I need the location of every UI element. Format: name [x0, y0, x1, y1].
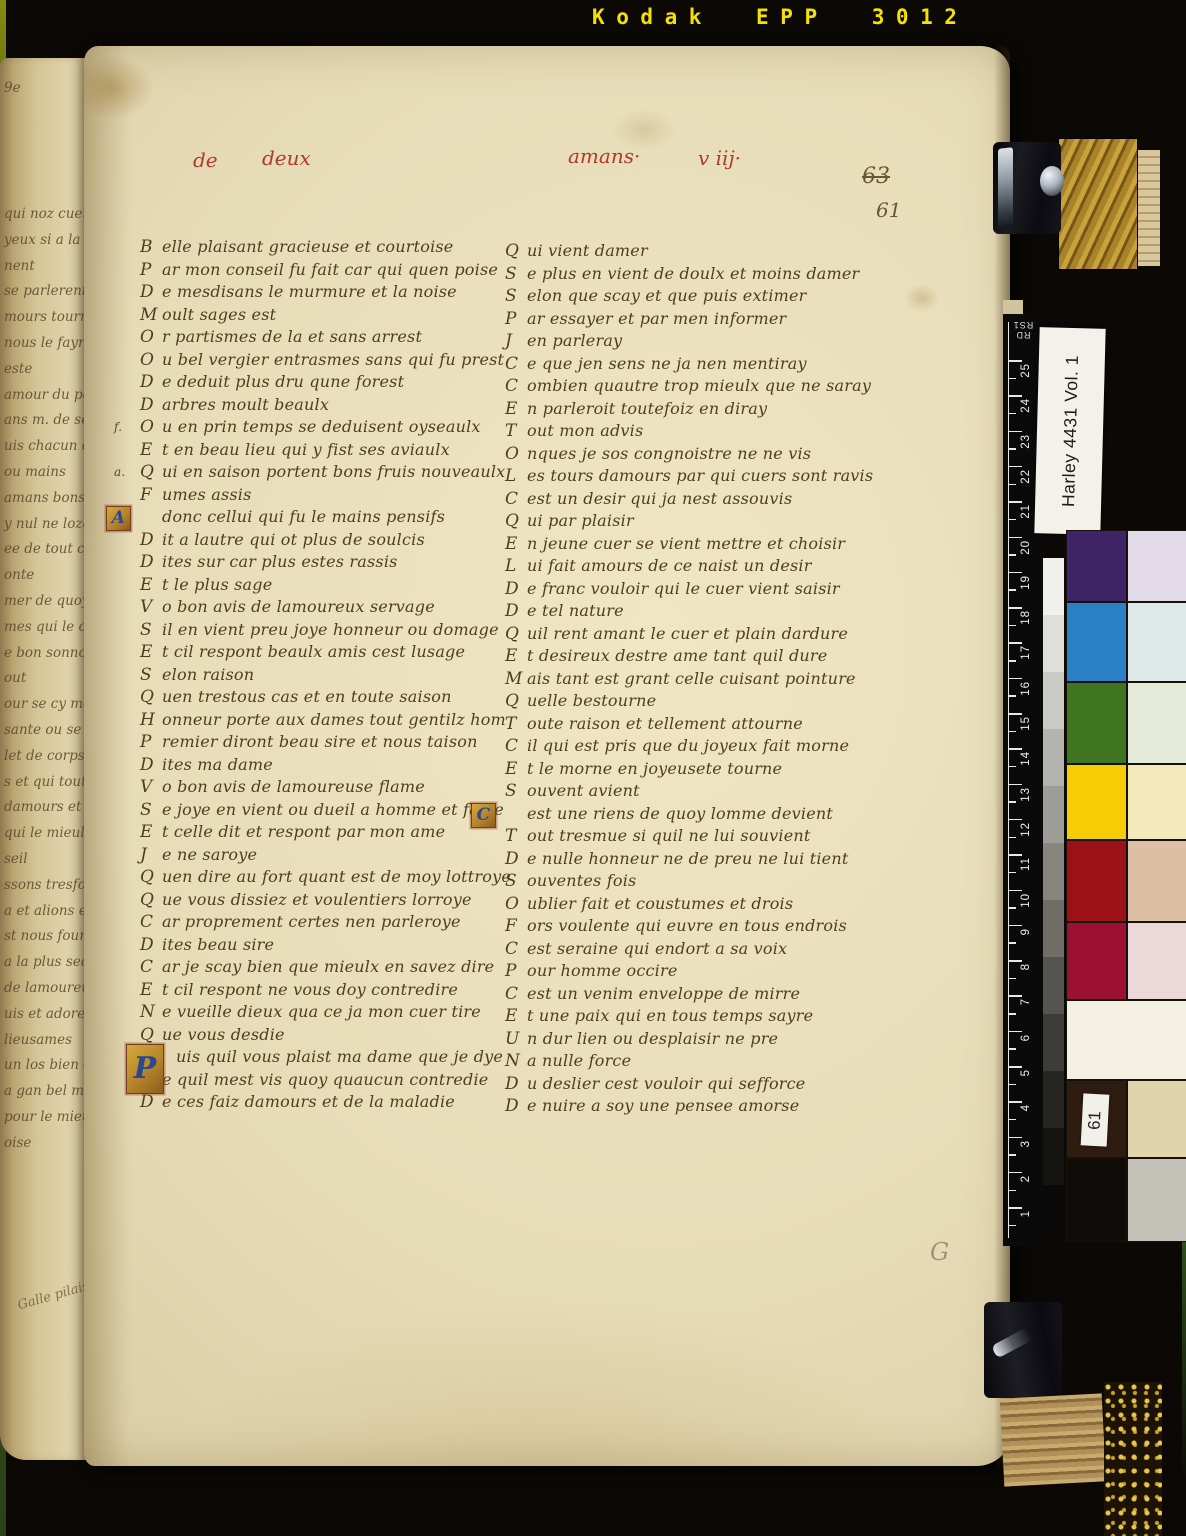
ruler-number: 10 — [1020, 893, 1034, 908]
ruler-tick-major — [1008, 1066, 1022, 1068]
ruler-tick-major — [1008, 713, 1022, 715]
ruler-tick-major — [1008, 466, 1022, 468]
manuscript-line-text: t desireux destre ame tant quil dure — [527, 645, 827, 668]
manuscript-line: Et le plus sage — [140, 574, 540, 597]
manuscript-line: Sil en vient preu joye honneur ou domage — [140, 619, 540, 642]
ruler-tick-minor — [1008, 448, 1016, 450]
color-chart-row — [1066, 682, 1186, 764]
color-patch-main — [1066, 1158, 1127, 1242]
manuscript-line-capital: Q — [505, 240, 527, 263]
manuscript-line-text: elon que scay et que puis extimer — [527, 285, 807, 308]
manuscript-line: Ou en prin temps se deduisent oyseaulxf. — [140, 416, 540, 439]
ruler-brand-text: RD RS1 — [1005, 320, 1041, 340]
manuscript-line-text: our homme occire — [527, 960, 678, 983]
manuscript-line: Na nulle force — [505, 1050, 905, 1073]
ruler-tick-minor — [1008, 1048, 1016, 1050]
manuscript-line-text: u en prin temps se deduisent oyseaulx — [162, 416, 481, 439]
manuscript-line-capital: E — [140, 439, 162, 462]
manuscript-line: Ce que jen sens ne ja nen mentiray — [505, 353, 905, 376]
edge-fragment: se parlerent longue — [4, 283, 86, 299]
manuscript-line-text: ui vient damer — [527, 240, 648, 263]
edge-fragment: ee de tout cecy pl — [4, 541, 86, 557]
grayscale-step — [1043, 615, 1064, 672]
ruler-number: 21 — [1020, 504, 1034, 519]
manuscript-line-text: ites sur car plus estes rassis — [162, 551, 398, 574]
manuscript-line-text: t une paix qui en tous temps sayre — [527, 1005, 813, 1028]
manuscript-line-capital: E — [505, 758, 527, 781]
running-header-de: de — [193, 148, 218, 172]
film-stock-label: Kodak EPP 3012 — [592, 5, 969, 29]
manuscript-line-capital: S — [505, 285, 527, 308]
ruler-number: 25 — [1020, 363, 1034, 378]
color-chart-row — [1066, 922, 1186, 1000]
ruler-number: 14 — [1020, 751, 1034, 766]
manuscript-line-text: e tel nature — [527, 600, 624, 623]
manuscript-line-capital: S — [140, 619, 162, 642]
manuscript-line-text: est seraine qui endort a sa voix — [527, 938, 787, 961]
manuscript-line-text: uen trestous cas et en toute saison — [162, 686, 452, 709]
color-patch-main — [1066, 530, 1127, 602]
ruler-number: 13 — [1020, 787, 1034, 802]
manuscript-line: Souvent avient — [505, 780, 905, 803]
manuscript-line-capital: Q — [140, 1024, 162, 1047]
color-patch-pale — [1127, 840, 1186, 922]
manuscript-line: Onques je sos congnoistre ne ne vis — [505, 443, 905, 466]
ruler-tick-minor — [1008, 660, 1016, 662]
manuscript-line-capital: O — [140, 349, 162, 372]
manuscript-line-text: e nuire a soy une pensee amorse — [527, 1095, 799, 1118]
manuscript-line-text: uil rent amant le cuer et plain dardure — [527, 623, 848, 646]
manuscript-line-text: o bon avis de lamoureux servage — [162, 596, 435, 619]
manuscript-line-text: est une riens de quoy lomme devient — [527, 803, 833, 826]
manuscript-line-text: elle plaisant gracieuse et courtoise — [162, 236, 453, 259]
text-column-left: Belle plaisant gracieuse et courtoisePar… — [140, 236, 540, 1114]
manuscript-line-text: est un desir qui ja nest assouvis — [527, 488, 792, 511]
manuscript-line-text: e nulle honneur ne de preu ne lui tient — [527, 848, 848, 871]
manuscript-line-text: donc cellui qui fu le mains pensifs — [162, 506, 445, 529]
manuscript-line: Par mon conseil fu fait car qui quen poi… — [140, 259, 540, 282]
previous-folio-edge: 9equi noz cuer adouyeux si a la verite d… — [0, 58, 86, 1460]
ruler-tick-major — [1008, 360, 1022, 362]
ruler-tick-minor — [1008, 978, 1016, 980]
manuscript-photo: Kodak EPP 3012 9equi noz cuer adouyeux s… — [0, 0, 1186, 1536]
manuscript-line-capital: P — [140, 731, 162, 754]
manuscript-line: Puis quil vous plaist ma dame que je dye — [140, 1046, 540, 1069]
ruler-tick-minor — [1008, 766, 1016, 768]
manuscript-line-capital: D — [505, 578, 527, 601]
color-patch-pale — [1127, 764, 1186, 840]
edge-fragment: mes qui le cuer p — [4, 619, 86, 635]
ruler-tick-major — [1008, 678, 1022, 680]
manuscript-line: Quen trestous cas et en toute saison — [140, 686, 540, 709]
manuscript-line: Que vous dissiez et voulentiers lorroye — [140, 889, 540, 912]
manuscript-line: Qui vient damer — [505, 240, 905, 263]
edge-fragment: st nous fours en — [4, 928, 86, 944]
manuscript-line: Darbres moult beaulx — [140, 394, 540, 417]
ruler-number: 4 — [1020, 1104, 1034, 1111]
manuscript-line-capital: C — [505, 353, 527, 376]
manuscript-line: Toute raison et tellement attourne — [505, 713, 905, 736]
grayscale-step — [1043, 1128, 1064, 1185]
manuscript-line-capital: D — [140, 934, 162, 957]
grayscale-step — [1043, 729, 1064, 786]
ruler-tick-minor — [1008, 942, 1016, 944]
manuscript-line: Cest seraine qui endort a sa voix — [505, 938, 905, 961]
edge-fragment: ssons tresfoult — [4, 877, 86, 893]
color-patch-pale — [1127, 682, 1186, 764]
color-patch-pale — [1127, 1158, 1186, 1242]
manuscript-line: Vo bon avis de lamoureuse flame — [140, 776, 540, 799]
manuscript-line: Car je scay bien que mieulx en savez dir… — [140, 956, 540, 979]
edge-fragment: a la plus secrete — [4, 954, 86, 970]
ruler-tick-major — [1008, 960, 1022, 962]
manuscript-line: De franc vouloir qui le cuer vient saisi… — [505, 578, 905, 601]
ruler-number: 12 — [1020, 822, 1034, 837]
manuscript-line-capital: C — [505, 735, 527, 758]
manuscript-line-text: il qui est pris que du joyeux fait morne — [527, 735, 849, 758]
ruler-number: 1 — [1020, 1210, 1034, 1217]
manuscript-line-capital: F — [140, 484, 162, 507]
manuscript-line-text: out mon advis — [527, 420, 643, 443]
ruler-number: 7 — [1020, 998, 1034, 1005]
manuscript-line-text: ais tant est grant celle cuisant pointur… — [527, 668, 856, 691]
manuscript-line-capital: Q — [140, 889, 162, 912]
ruler-tick-minor — [1008, 837, 1016, 839]
ruler-tick-minor — [1008, 378, 1016, 380]
manuscript-line-capital: D — [140, 1091, 162, 1114]
edge-fragment: pour le mieulx — [4, 1109, 86, 1125]
ruler-tick-major — [1008, 431, 1022, 433]
manuscript-line: En jeune cuer se vient mettre et choisir — [505, 533, 905, 556]
edge-fragment: nous le fayre li aud — [4, 335, 86, 351]
illuminated-initial: C — [471, 803, 496, 828]
ruler-number: 23 — [1020, 434, 1034, 449]
manuscript-line: Adonc cellui qui fu le mains pensifs — [140, 506, 540, 529]
chart-number-label-text: 61 — [1085, 1110, 1106, 1130]
manuscript-line-text: t le plus sage — [162, 574, 272, 597]
manuscript-line: De tel nature — [505, 600, 905, 623]
manuscript-line-text: u deslier cest vouloir qui sefforce — [527, 1073, 805, 1096]
manuscript-line: Je ne saroye — [140, 844, 540, 867]
manuscript-line-text: en parleray — [527, 330, 622, 353]
color-patch-main — [1066, 602, 1127, 682]
manuscript-line: Et le morne en joyeusete tourne — [505, 758, 905, 781]
manuscript-line: Ce quil mest vis quoy quaucun contredie — [140, 1069, 540, 1092]
manuscript-line-text: e quil mest vis quoy quaucun contredie — [162, 1069, 488, 1092]
pencil-mark: G — [930, 1238, 949, 1266]
ruler-tick-major — [1008, 784, 1022, 786]
corrector-margin-mark: a. — [114, 461, 136, 484]
edge-fragment: ou mains — [4, 464, 66, 480]
manuscript-line: Combien quautre trop mieulx que ne saray — [505, 375, 905, 398]
manuscript-line-capital: E — [505, 398, 527, 421]
manuscript-line: Du deslier cest vouloir qui sefforce — [505, 1073, 905, 1096]
manuscript-line-text: nques je sos congnoistre ne ne vis — [527, 443, 811, 466]
manuscript-line: Pour homme occire — [505, 960, 905, 983]
grayscale-step — [1043, 1071, 1064, 1128]
manuscript-line: Par essayer et par men informer — [505, 308, 905, 331]
manuscript-line: Fumes assis — [140, 484, 540, 507]
manuscript-line: De deduit plus dru qune forest — [140, 371, 540, 394]
manuscript-line-text: arbres moult beaulx — [162, 394, 329, 417]
manuscript-line: De ces faiz damours et de la maladie — [140, 1091, 540, 1114]
ruler-tick-major — [1008, 1101, 1022, 1103]
manuscript-line: Qui en saison portent bons fruis nouveau… — [140, 461, 540, 484]
manuscript-line: Et desireux destre ame tant quil dure — [505, 645, 905, 668]
gilt-book-edge-top — [1058, 138, 1138, 270]
manuscript-line: Que vous desdie — [140, 1024, 540, 1047]
manuscript-line-capital: S — [505, 263, 527, 286]
grayscale-step — [1043, 1185, 1064, 1242]
shelfmark-label-text: Harley 4431 Vol. 1 — [1058, 355, 1083, 508]
ruler-number: 22 — [1020, 469, 1034, 484]
edge-fragment: qui noz cuer adou — [4, 206, 86, 222]
manuscript-line-capital: Q — [505, 690, 527, 713]
manuscript-line-capital: S — [505, 870, 527, 893]
manuscript-line-text: il en vient preu joye honneur ou domage — [162, 619, 499, 642]
edge-fragment: amans bons puys — [4, 490, 86, 506]
manuscript-line-text: es tours damours par qui cuers sont ravi… — [527, 465, 873, 488]
manuscript-line-capital: D — [140, 281, 162, 304]
manuscript-line: De mesdisans le murmure et la noise — [140, 281, 540, 304]
ruler-tick-minor — [1008, 1190, 1016, 1192]
running-header-deux: deux — [262, 146, 311, 170]
manuscript-line-text: ui fait amours de ce naist un desir — [527, 555, 812, 578]
manuscript-line: Cest un desir qui ja nest assouvis — [505, 488, 905, 511]
manuscript-line-text: e ne saroye — [162, 844, 257, 867]
edge-fragment: uis chacun en fau — [4, 438, 86, 454]
edge-fragment: ans m. de seulx se — [4, 412, 86, 428]
corner-inscription: Galle pilais dieu — [16, 1270, 86, 1314]
grayscale-step — [1043, 957, 1064, 1014]
manuscript-line-capital: V — [140, 776, 162, 799]
manuscript-line: Jen parleray — [505, 330, 905, 353]
edge-fragment: s et qui tout me d — [4, 774, 86, 790]
edge-fragment: nent — [4, 258, 35, 274]
manuscript-line-capital: C — [140, 911, 162, 934]
ruler-number: 9 — [1020, 928, 1034, 935]
ruler-number: 16 — [1020, 681, 1034, 696]
manuscript-line: Selon raison — [140, 664, 540, 687]
manuscript-line-capital: T — [505, 825, 527, 848]
manuscript-line-capital: D — [505, 600, 527, 623]
ruler-tick-major — [1008, 572, 1022, 574]
manuscript-line: Cest un venim enveloppe de mirre — [505, 983, 905, 1006]
ruler-tick-minor — [1008, 554, 1016, 556]
shelfmark-label: Harley 4431 Vol. 1 — [1034, 327, 1105, 535]
edge-fragment: y nul ne loze dire — [4, 516, 86, 532]
illuminated-initial: P — [126, 1044, 164, 1094]
color-chart-row — [1066, 530, 1186, 602]
manuscript-line-text: e que jen sens ne ja nen mentiray — [527, 353, 807, 376]
ruler-number: 3 — [1020, 1140, 1034, 1147]
manuscript-line: Mais tant est grant celle cuisant pointu… — [505, 668, 905, 691]
manuscript-line: Un dur lien ou desplaisir ne pre — [505, 1028, 905, 1051]
manuscript-line-capital: Q — [505, 510, 527, 533]
edge-fragment: 9e — [4, 80, 21, 96]
manuscript-line-capital: D — [505, 1073, 527, 1096]
ruler-number: 8 — [1020, 963, 1034, 970]
page-block-edge-top — [1138, 150, 1160, 266]
ruler-tick-major — [1008, 395, 1022, 397]
manuscript-line-capital: M — [505, 668, 527, 691]
ruler-number: 19 — [1020, 575, 1034, 590]
color-chart-row — [1066, 764, 1186, 840]
edge-fragment: mours tourna de l — [4, 309, 86, 325]
manuscript-line-capital: T — [505, 713, 527, 736]
manuscript-line-text: e ces faiz damours et de la maladie — [162, 1091, 455, 1114]
manuscript-line-text: n dur lien ou desplaisir ne pre — [527, 1028, 778, 1051]
manuscript-line-text: ouventes fois — [527, 870, 636, 893]
color-patch-pale — [1127, 1080, 1186, 1158]
edge-fragment: lieusames — [4, 1032, 72, 1048]
manuscript-line-text: ar essayer et par men informer — [527, 308, 786, 331]
manuscript-line-capital: J — [140, 844, 162, 867]
ruler-tick-major — [1008, 1172, 1022, 1174]
ruler-tick-minor — [1008, 625, 1016, 627]
manuscript-line: Belle plaisant gracieuse et courtoise — [140, 236, 540, 259]
manuscript-line-text: uen dire au fort quant est de moy lottro… — [162, 866, 511, 889]
ruler-tick-minor — [1008, 1119, 1016, 1121]
ruler-tick-minor — [1008, 731, 1016, 733]
manuscript-line-text: a nulle force — [527, 1050, 631, 1073]
manuscript-line: Les tours damours par qui cuers sont rav… — [505, 465, 905, 488]
ruler-tick-minor — [1008, 484, 1016, 486]
manuscript-line-text: ar proprement certes nen parleroye — [162, 911, 461, 934]
edge-fragment: let de corps et si — [4, 748, 86, 764]
manuscript-line-capital: C — [505, 983, 527, 1006]
ruler-tick-major — [1008, 1031, 1022, 1033]
manuscript-line: De nulle honneur ne de preu ne lui tient — [505, 848, 905, 871]
edge-fragment: a et alions en d — [4, 903, 86, 919]
ruler-tick-major — [1008, 1137, 1022, 1139]
manuscript-line: Et en beau lieu qui y fist ses aviaulx — [140, 439, 540, 462]
manuscript-line-capital: E — [140, 821, 162, 844]
manuscript-line-capital: D — [140, 394, 162, 417]
manuscript-line-text: oult sages est — [162, 304, 276, 327]
manuscript-line: Et une paix qui en tous temps sayre — [505, 1005, 905, 1028]
manuscript-line-capital: Q — [140, 866, 162, 889]
manuscript-line: Lui fait amours de ce naist un desir — [505, 555, 905, 578]
manuscript-line-capital: L — [505, 465, 527, 488]
grayscale-calibration-strip — [1043, 558, 1064, 1242]
manuscript-line-text: t cil respont ne vous doy contredire — [162, 979, 458, 1002]
ruler-number: 18 — [1020, 610, 1034, 625]
manuscript-line: Dites sur car plus estes rassis — [140, 551, 540, 574]
grayscale-step — [1043, 558, 1064, 615]
edge-fragment: oise — [4, 1135, 31, 1151]
manuscript-page: de deux amans· v iij· 63 61 Belle plaisa… — [84, 46, 1010, 1466]
edge-fragment: sante ou se lamou — [4, 722, 86, 738]
manuscript-line-text: e vueille dieux qua ce ja mon cuer tire — [162, 1001, 481, 1024]
manuscript-line-capital: B — [140, 236, 162, 259]
manuscript-line-text: e mesdisans le murmure et la noise — [162, 281, 457, 304]
color-patch-pale — [1127, 530, 1186, 602]
manuscript-line: Vo bon avis de lamoureux servage — [140, 596, 540, 619]
manuscript-line-capital: C — [505, 488, 527, 511]
edge-fragment: damours et que ie — [4, 799, 86, 815]
manuscript-line-capital: O — [140, 416, 162, 439]
color-chart-row — [1066, 602, 1186, 682]
manuscript-line-capital: C — [505, 938, 527, 961]
manuscript-line: En parleroit toutefoiz en diray — [505, 398, 905, 421]
page-block-edge-bottom — [1000, 1393, 1106, 1486]
grayscale-step — [1043, 900, 1064, 957]
corrector-margin-mark: f. — [114, 416, 136, 439]
grayscale-step — [1043, 786, 1064, 843]
grayscale-step — [1043, 672, 1064, 729]
manuscript-line-capital: C — [140, 956, 162, 979]
edge-fragment: a gan bel mest d — [4, 1083, 86, 1099]
manuscript-line-capital: O — [140, 326, 162, 349]
manuscript-line-text: remier diront beau sire et nous taison — [162, 731, 478, 754]
ruler-tick-minor — [1008, 1225, 1016, 1227]
color-patch-main — [1066, 922, 1127, 1000]
ruler-tick-major — [1008, 537, 1022, 539]
manuscript-line-text: uis quil vous plaist ma dame que je dye — [176, 1046, 503, 1069]
manuscript-line-text: t cil respont beaulx amis cest lusage — [162, 641, 465, 664]
manuscript-line-text: e joye en vient ou dueil a homme et fame — [162, 799, 504, 822]
ruler-tick-major — [1008, 607, 1022, 609]
manuscript-line-capital: P — [505, 960, 527, 983]
manuscript-line-capital: S — [140, 664, 162, 687]
manuscript-line: Oublier fait et coustumes et drois — [505, 893, 905, 916]
ruler-tick-minor — [1008, 413, 1016, 415]
manuscript-line-text: ites ma dame — [162, 754, 273, 777]
color-chart-row: 61 — [1066, 1080, 1186, 1158]
manuscript-line-text: e franc vouloir qui le cuer vient saisir — [527, 578, 840, 601]
manuscript-line: Tout mon advis — [505, 420, 905, 443]
ruler-tick-major — [1008, 890, 1022, 892]
manuscript-line-capital: E — [140, 979, 162, 1002]
manuscript-line: Dites beau sire — [140, 934, 540, 957]
manuscript-line-capital: C — [505, 375, 527, 398]
manuscript-line-text: n parleroit toutefoiz en diray — [527, 398, 767, 421]
ruler-tick-minor — [1008, 589, 1016, 591]
manuscript-line-capital: Q — [140, 461, 162, 484]
manuscript-line-text: o bon avis de lamoureuse flame — [162, 776, 425, 799]
ruler-tick-major — [1008, 642, 1022, 644]
ruler-number: 5 — [1020, 1069, 1034, 1076]
color-patch-pale — [1127, 602, 1186, 682]
manuscript-line-text: t en beau lieu qui y fist ses aviaulx — [162, 439, 450, 462]
ruler-tick-major — [1008, 819, 1022, 821]
chart-number-label: 61 — [1081, 1093, 1110, 1146]
manuscript-line-text: ors voulente qui euvre en tous endrois — [527, 915, 847, 938]
edge-fragment: e bon sonnoir et — [4, 645, 86, 661]
manuscript-line-capital: L — [505, 555, 527, 578]
ruler-tick-minor — [1008, 519, 1016, 521]
ruler-tick-major — [1008, 995, 1022, 997]
ruler-tick-major — [1008, 748, 1022, 750]
ruler-tick-minor — [1008, 1154, 1016, 1156]
ruler-number: 24 — [1020, 398, 1034, 413]
manuscript-line-capital: T — [505, 420, 527, 443]
ruler-number: 20 — [1020, 540, 1034, 555]
manuscript-line-capital: D — [505, 1095, 527, 1118]
manuscript-line-capital: E — [140, 641, 162, 664]
running-header-numeral: v iij· — [698, 146, 741, 170]
ruler-tick-minor — [1008, 1013, 1016, 1015]
ruler-tick-major — [1008, 925, 1022, 927]
manuscript-line-capital: M — [140, 304, 162, 327]
ruler-tick-minor — [1008, 801, 1016, 803]
manuscript-line-text: ui par plaisir — [527, 510, 634, 533]
edge-fragment: yeux si a la verite d — [4, 232, 86, 248]
manuscript-line: Cest une riens de quoy lomme devient — [505, 803, 905, 826]
manuscript-line-text: ue vous desdie — [162, 1024, 285, 1047]
manuscript-line-text: t le morne en joyeusete tourne — [527, 758, 782, 781]
